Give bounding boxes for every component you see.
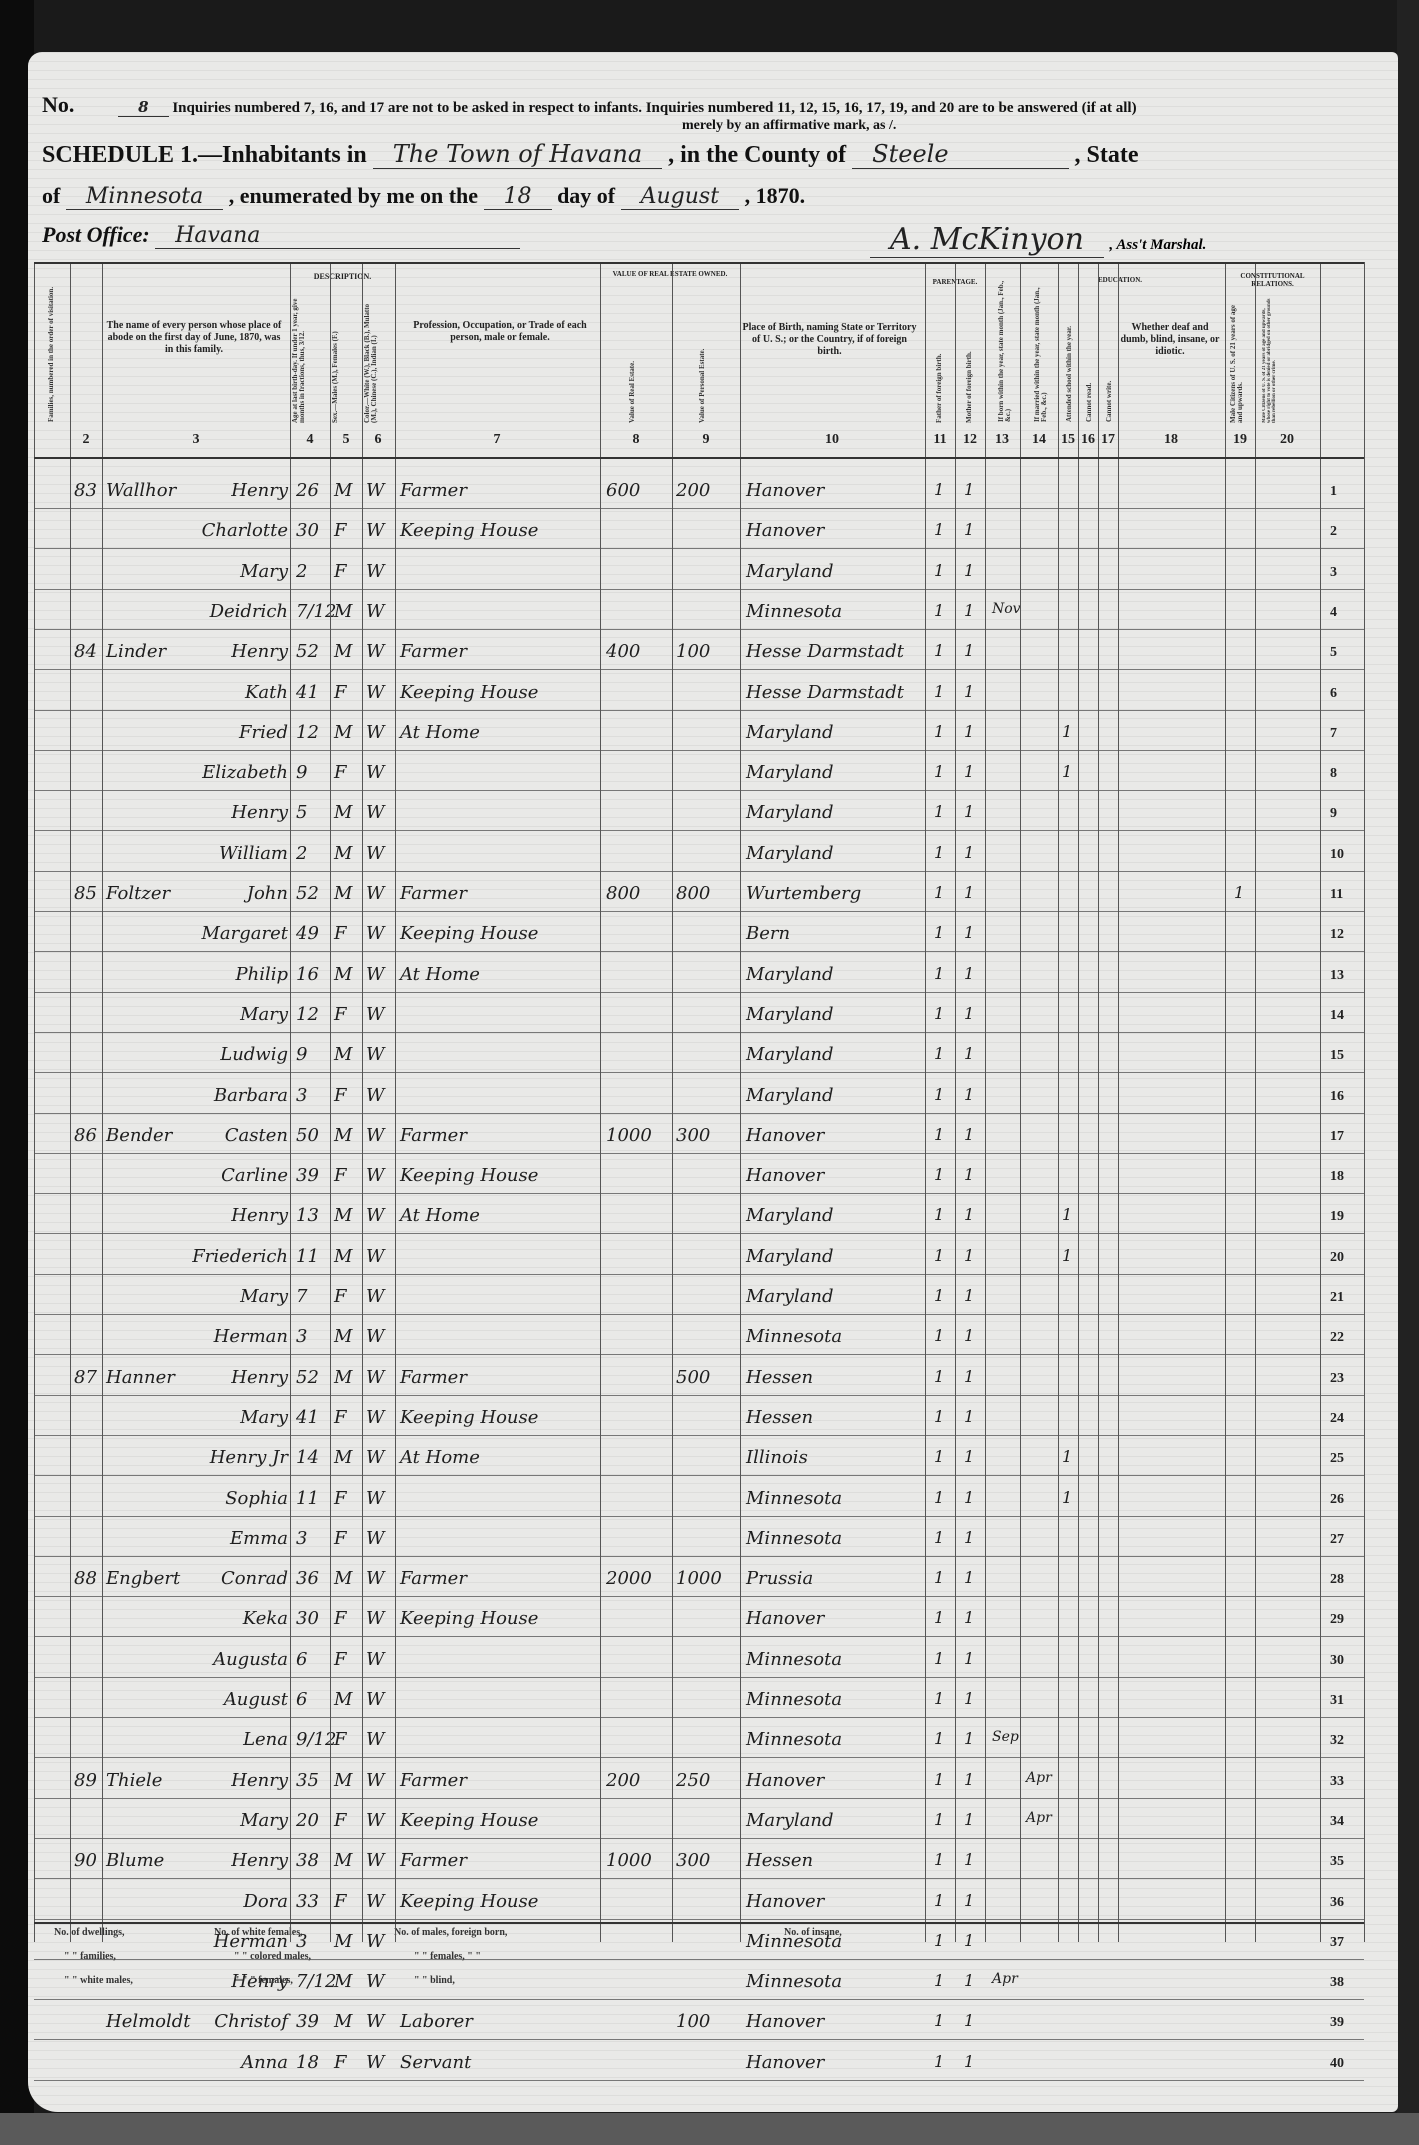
cell-sex: F (334, 1488, 347, 1509)
cell-born-month: Apr (992, 1971, 1018, 1987)
cell-sex: M (334, 883, 352, 904)
cell-given-name: Deidrich (210, 601, 288, 622)
cell-birthplace: Hanover (746, 1608, 824, 1629)
cell-sex: F (334, 923, 347, 944)
cell-mother-foreign: 1 (964, 1770, 974, 1789)
row-rule (34, 1838, 1364, 1839)
cell-color: W (366, 1367, 385, 1388)
line-number: 39 (1330, 2015, 1344, 2031)
cell-sex: M (334, 1689, 352, 1710)
cell-color: W (366, 561, 385, 582)
column-number: 13 (988, 432, 1016, 448)
page-number-label: No. (42, 92, 74, 117)
cell-mother-foreign: 1 (964, 1649, 974, 1668)
line-number: 18 (1330, 1169, 1344, 1185)
cell-mother-foreign: 1 (964, 923, 974, 942)
cell-personal-estate-value: 1000 (676, 1568, 722, 1589)
cell-given-name: Henry Jr (210, 1447, 288, 1468)
grid-vline (955, 262, 956, 1942)
row-rule (34, 1354, 1364, 1355)
column-number: 20 (1273, 432, 1301, 448)
line-number: 26 (1330, 1492, 1344, 1508)
cell-color: W (366, 1205, 385, 1226)
cell-color: W (366, 1326, 385, 1347)
cell-real-estate-value: 2000 (606, 1568, 652, 1589)
cell-birthplace: Bern (746, 923, 790, 944)
cell-color: W (366, 1085, 385, 1106)
cell-sex: M (334, 1367, 352, 1388)
line-number: 7 (1330, 726, 1337, 742)
cell-father-foreign: 1 (934, 1205, 944, 1224)
cell-family-number: 89 (74, 1770, 97, 1791)
cell-sex: M (334, 1971, 352, 1992)
tally-insane: No. of insane, (784, 1927, 842, 1938)
cell-surname: Blume (106, 1850, 164, 1871)
line-number: 31 (1330, 1693, 1344, 1709)
cell-mother-foreign: 1 (964, 2011, 974, 2030)
cell-birthplace: Maryland (746, 1810, 834, 1831)
cell-birthplace: Wurtemberg (746, 883, 861, 904)
cell-personal-estate-value: 300 (676, 1125, 710, 1146)
row-rule (34, 1032, 1364, 1033)
census-table: DESCRIPTION. VALUE OF REAL ESTATE OWNED.… (34, 262, 1364, 1942)
cell-occupation: Farmer (400, 1125, 467, 1146)
cell-father-foreign: 1 (934, 1044, 944, 1063)
cell-given-name: Friederich (192, 1246, 288, 1267)
line-number: 30 (1330, 1653, 1344, 1669)
cell-age: 11 (296, 1246, 319, 1267)
row-rule (34, 1113, 1364, 1114)
cell-color: W (366, 1044, 385, 1065)
row-rule (34, 1072, 1364, 1073)
grid-vline (395, 262, 396, 1942)
cell-birthplace: Maryland (746, 964, 834, 985)
cell-birthplace: Maryland (746, 561, 834, 582)
cell-age: 6 (296, 1649, 307, 1670)
cell-father-foreign: 1 (934, 2052, 944, 2071)
cell-father-foreign: 1 (934, 802, 944, 821)
cell-color: W (366, 923, 385, 944)
cell-given-name: Mary (240, 1286, 288, 1307)
row-rule (34, 1153, 1364, 1154)
column-number: 9 (692, 432, 720, 448)
cell-color: W (366, 1850, 385, 1871)
cell-father-foreign: 1 (934, 1608, 944, 1627)
cell-father-foreign: 1 (934, 1085, 944, 1104)
col13-header: If born within the year, state month (Ja… (998, 272, 1012, 422)
cell-sex: M (334, 843, 352, 864)
cell-mother-foreign: 1 (964, 1125, 974, 1144)
cell-given-name: Carline (221, 1165, 288, 1186)
cell-father-foreign: 1 (934, 1326, 944, 1345)
cell-birthplace: Minnesota (746, 1326, 842, 1347)
cell-married-month: Apr (1026, 1770, 1052, 1786)
grid-rule (34, 1922, 1364, 1924)
cell-mother-foreign: 1 (964, 1528, 974, 1547)
cell-given-name: Henry (231, 1367, 288, 1388)
cell-birthplace: Hessen (746, 1850, 813, 1871)
state-label: , State (1075, 142, 1139, 168)
row-rule (34, 1516, 1364, 1517)
cell-given-name: Mary (240, 1810, 288, 1831)
col14-header: If married within the year, state month … (1034, 272, 1048, 422)
cell-birthplace: Maryland (746, 802, 834, 823)
cell-color: W (366, 1931, 385, 1952)
row-rule (34, 1395, 1364, 1396)
cell-color: W (366, 762, 385, 783)
line-number: 2 (1330, 524, 1337, 540)
cell-family-number: 86 (74, 1125, 97, 1146)
column-number: 19 (1226, 432, 1254, 448)
cell-occupation: Servant (400, 2052, 471, 2073)
cell-attended-school: 1 (1062, 1488, 1072, 1507)
cell-given-name: Henry (231, 480, 288, 501)
line-number: 36 (1330, 1895, 1344, 1911)
cell-age: 9 (296, 1044, 307, 1065)
schedule-line: SCHEDULE 1.—Inhabitants in The Town of H… (42, 140, 1382, 169)
column-number: 18 (1157, 432, 1185, 448)
cell-age: 3 (296, 1326, 307, 1347)
cell-real-estate-value: 800 (606, 883, 640, 904)
cell-sex: M (334, 964, 352, 985)
cell-sex: M (334, 722, 352, 743)
cell-father-foreign: 1 (934, 561, 944, 580)
cell-personal-estate-value: 200 (676, 480, 710, 501)
cell-given-name: Henry (231, 641, 288, 662)
cell-father-foreign: 1 (934, 722, 944, 741)
cell-sex: F (334, 561, 347, 582)
cell-father-foreign: 1 (934, 1367, 944, 1386)
col10-header: Place of Birth, naming State or Territor… (742, 322, 917, 358)
grid-vline (70, 262, 71, 1942)
cell-sex: M (334, 1246, 352, 1267)
line-number: 9 (1330, 806, 1337, 822)
row-rule (34, 2039, 1364, 2040)
cell-given-name: Casten (225, 1125, 288, 1146)
cell-birthplace: Hesse Darmstadt (746, 641, 904, 662)
cell-mother-foreign: 1 (964, 601, 974, 620)
cell-personal-estate-value: 800 (676, 883, 710, 904)
cell-mother-foreign: 1 (964, 1608, 974, 1627)
col3-header: The name of every person whose place of … (104, 320, 284, 356)
description-group-header: DESCRIPTION. (290, 272, 395, 282)
cell-mother-foreign: 1 (964, 762, 974, 781)
cell-born-month: Nov (992, 601, 1021, 617)
cell-occupation: At Home (400, 1205, 480, 1226)
cell-personal-estate-value: 500 (676, 1367, 710, 1388)
cell-birthplace: Hesse Darmstadt (746, 682, 904, 703)
cell-sex: M (334, 802, 352, 823)
cell-mother-foreign: 1 (964, 520, 974, 539)
cell-birthplace: Maryland (746, 1085, 834, 1106)
cell-given-name: William (219, 843, 288, 864)
cell-occupation: Keeping House (400, 682, 538, 703)
line-number: 17 (1330, 1129, 1344, 1145)
cell-given-name: Emma (230, 1528, 288, 1549)
cell-birthplace: Maryland (746, 1246, 834, 1267)
cell-attended-school: 1 (1062, 1205, 1072, 1224)
cell-mother-foreign: 1 (964, 1931, 974, 1950)
cell-color: W (366, 1004, 385, 1025)
cell-father-foreign: 1 (934, 1447, 944, 1466)
post-office-field: Havana (155, 223, 520, 249)
row-rule (34, 1435, 1364, 1436)
cell-age: 3 (296, 1528, 307, 1549)
cell-birthplace: Maryland (746, 1205, 834, 1226)
cell-age: 50 (296, 1125, 319, 1146)
cell-birthplace: Maryland (746, 762, 834, 783)
cell-birthplace: Minnesota (746, 1649, 842, 1670)
cell-color: W (366, 1447, 385, 1468)
cell-mother-foreign: 1 (964, 1850, 974, 1869)
line-number: 33 (1330, 1774, 1344, 1790)
cell-father-foreign: 1 (934, 480, 944, 499)
grid-vline (1225, 262, 1226, 1942)
cell-mother-foreign: 1 (964, 843, 974, 862)
row-rule (34, 1274, 1364, 1275)
grid-vline (1364, 262, 1365, 1942)
cell-mother-foreign: 1 (964, 722, 974, 741)
tally-colored-males: " " colored males, (234, 1951, 311, 1962)
row-rule (34, 1999, 1364, 2000)
line-number: 14 (1330, 1008, 1344, 1024)
cell-father-foreign: 1 (934, 1810, 944, 1829)
column-number: 2 (72, 432, 100, 448)
cell-mother-foreign: 1 (964, 1447, 974, 1466)
cell-age: 39 (296, 1165, 319, 1186)
cell-sex: F (334, 682, 347, 703)
cell-father-foreign: 1 (934, 682, 944, 701)
cell-occupation: Keeping House (400, 923, 538, 944)
cell-occupation: Farmer (400, 1568, 467, 1589)
cell-birthplace: Minnesota (746, 1971, 842, 1992)
cell-father-foreign: 1 (934, 601, 944, 620)
cell-occupation: At Home (400, 964, 480, 985)
cell-occupation: Farmer (400, 1850, 467, 1871)
cell-father-foreign: 1 (934, 1286, 944, 1305)
cell-age: 33 (296, 1891, 319, 1912)
cell-age: 7 (296, 1286, 307, 1307)
grid-rule (34, 262, 1364, 264)
cell-sex: F (334, 762, 347, 783)
cell-father-foreign: 1 (934, 964, 944, 983)
enumeration-line: of Minnesota , enumerated by me on the 1… (42, 183, 1382, 209)
cell-sex: F (334, 2052, 347, 2073)
cell-given-name: Charlotte (202, 520, 288, 541)
cell-birthplace: Maryland (746, 1286, 834, 1307)
cell-given-name: Kath (245, 682, 288, 703)
cell-sex: M (334, 1447, 352, 1468)
cell-birthplace: Illinois (746, 1447, 808, 1468)
grid-vline (330, 262, 331, 1942)
cell-given-name: Barbara (214, 1085, 288, 1106)
cell-age: 26 (296, 480, 319, 501)
cell-birthplace: Hessen (746, 1407, 813, 1428)
line-number: 4 (1330, 605, 1337, 621)
cell-birthplace: Minnesota (746, 601, 842, 622)
cell-mother-foreign: 1 (964, 802, 974, 821)
value-group-header: VALUE OF REAL ESTATE OWNED. (600, 270, 740, 278)
cell-sex: M (334, 1770, 352, 1791)
cell-sex: M (334, 1850, 352, 1871)
cell-occupation: Keeping House (400, 1608, 538, 1629)
grid-vline (1098, 262, 1099, 1942)
cell-sex: F (334, 1407, 347, 1428)
line-number: 37 (1330, 1935, 1344, 1951)
cell-color: W (366, 1125, 385, 1146)
row-rule (34, 1757, 1364, 1758)
cell-mother-foreign: 1 (964, 1729, 974, 1748)
cell-real-estate-value: 400 (606, 641, 640, 662)
cell-father-foreign: 1 (934, 2011, 944, 2030)
constitutional-group-header: CONSTITUTIONAL RELATIONS. (1225, 272, 1320, 289)
cell-color: W (366, 722, 385, 743)
cell-mother-foreign: 1 (964, 561, 974, 580)
cell-sex: F (334, 1891, 347, 1912)
marshal-signature-block: A. McKinyon , Ass't Marshal. (870, 222, 1206, 257)
cell-age: 41 (296, 682, 319, 703)
row-rule (34, 1636, 1364, 1637)
cell-occupation: Farmer (400, 883, 467, 904)
cell-color: W (366, 883, 385, 904)
cell-age: 2 (296, 561, 307, 582)
cell-given-name: Augusta (213, 1649, 288, 1670)
cell-father-foreign: 1 (934, 1488, 944, 1507)
cell-mother-foreign: 1 (964, 1004, 974, 1023)
cell-color: W (366, 601, 385, 622)
cell-given-name: Margaret (201, 923, 288, 944)
row-rule (34, 830, 1364, 831)
cell-given-name: Keka (243, 1608, 288, 1629)
cell-father-foreign: 1 (934, 1689, 944, 1708)
grid-vline (34, 262, 35, 1942)
cell-birthplace: Hanover (746, 520, 824, 541)
cell-color: W (366, 1971, 385, 1992)
cell-color: W (366, 1608, 385, 1629)
cell-sex: M (334, 641, 352, 662)
row-rule (34, 548, 1364, 549)
cell-mother-foreign: 1 (964, 1044, 974, 1063)
cell-occupation: Keeping House (400, 1165, 538, 1186)
cell-color: W (366, 1246, 385, 1267)
cell-birthplace: Hanover (746, 1165, 824, 1186)
month-field: August (621, 184, 739, 210)
cell-father-foreign: 1 (934, 1246, 944, 1265)
cell-surname: Bender (106, 1125, 172, 1146)
cell-occupation: At Home (400, 722, 480, 743)
cell-family-number: 85 (74, 883, 97, 904)
cell-color: W (366, 1407, 385, 1428)
cell-color: W (366, 1568, 385, 1589)
cell-sex: F (334, 1085, 347, 1106)
cell-mother-foreign: 1 (964, 1326, 974, 1345)
cell-father-foreign: 1 (934, 1850, 944, 1869)
col5-header: Sex.—Males (M.), Females (F.) (332, 298, 339, 423)
column-number: 8 (622, 432, 650, 448)
cell-given-name: Elizabeth (202, 762, 288, 783)
cell-sex: M (334, 480, 352, 501)
cell-real-estate-value: 1000 (606, 1850, 652, 1871)
row-rule (34, 911, 1364, 912)
cell-sex: M (334, 1125, 352, 1146)
cell-personal-estate-value: 250 (676, 1770, 710, 1791)
schedule-label: SCHEDULE 1.—Inhabitants in (42, 142, 367, 168)
cell-birthplace: Maryland (746, 1044, 834, 1065)
county-label: , in the County of (668, 142, 846, 168)
cell-occupation: Keeping House (400, 1810, 538, 1831)
grid-vline (102, 262, 103, 1942)
col7-header: Profession, Occupation, or Trade of each… (400, 320, 600, 344)
col17-header: Cannot write. (1106, 302, 1113, 422)
instructions-notice: No. 8 Inquiries numbered 7, 16, and 17 a… (42, 92, 1382, 134)
cell-sex: M (334, 601, 352, 622)
line-number: 13 (1330, 968, 1344, 984)
cell-color: W (366, 682, 385, 703)
row-rule (34, 1314, 1364, 1315)
cell-color: W (366, 1770, 385, 1791)
cell-age: 7/12 (296, 1971, 336, 1992)
cell-father-foreign: 1 (934, 1649, 944, 1668)
col4-header: Age at last birth-day. If under 1 year, … (292, 298, 306, 423)
cell-age: 30 (296, 520, 319, 541)
state-prefix: of (42, 183, 60, 208)
grid-vline (985, 262, 986, 1942)
cell-surname: Linder (106, 641, 166, 662)
cell-family-number: 87 (74, 1367, 97, 1388)
cell-age: 12 (296, 1004, 319, 1025)
cell-real-estate-value: 1000 (606, 1125, 652, 1146)
line-number: 6 (1330, 686, 1337, 702)
cell-father-foreign: 1 (934, 1407, 944, 1426)
cell-sex: M (334, 2011, 352, 2032)
cell-sex: M (334, 1205, 352, 1226)
cell-mother-foreign: 1 (964, 1165, 974, 1184)
cell-attended-school: 1 (1062, 1246, 1072, 1265)
cell-age: 36 (296, 1568, 319, 1589)
cell-father-foreign: 1 (934, 762, 944, 781)
cell-occupation: Farmer (400, 1770, 467, 1791)
cell-birthplace: Hanover (746, 2011, 824, 2032)
cell-occupation: Farmer (400, 641, 467, 662)
cell-sex: M (334, 1568, 352, 1589)
cell-father-foreign: 1 (934, 641, 944, 660)
column-number: 11 (926, 432, 954, 448)
cell-personal-estate-value: 100 (676, 2011, 710, 2032)
cell-personal-estate-value: 100 (676, 641, 710, 662)
year-label: , 1870. (745, 183, 806, 208)
cell-occupation: Keeping House (400, 1407, 538, 1428)
cell-given-name: Conrad (221, 1568, 288, 1589)
grid-vline (600, 262, 601, 1942)
row-rule (34, 992, 1364, 993)
column-number: 6 (364, 432, 392, 448)
row-rule (34, 1233, 1364, 1234)
cell-given-name: John (247, 883, 288, 904)
grid-vline (925, 262, 926, 1942)
row-rule (34, 1677, 1364, 1678)
state-field: Minnesota (66, 184, 223, 210)
cell-age: 30 (296, 1608, 319, 1629)
cell-sex: F (334, 1608, 347, 1629)
line-number: 15 (1330, 1048, 1344, 1064)
cell-father-foreign: 1 (934, 1770, 944, 1789)
tally-foreign-males: No. of males, foreign born, (394, 1927, 507, 1938)
row-rule (34, 2080, 1364, 2081)
marshal-label: , Ass't Marshal. (1109, 237, 1206, 253)
cell-mother-foreign: 1 (964, 1891, 974, 1910)
cell-sex: F (334, 1004, 347, 1025)
line-number: 22 (1330, 1330, 1344, 1346)
